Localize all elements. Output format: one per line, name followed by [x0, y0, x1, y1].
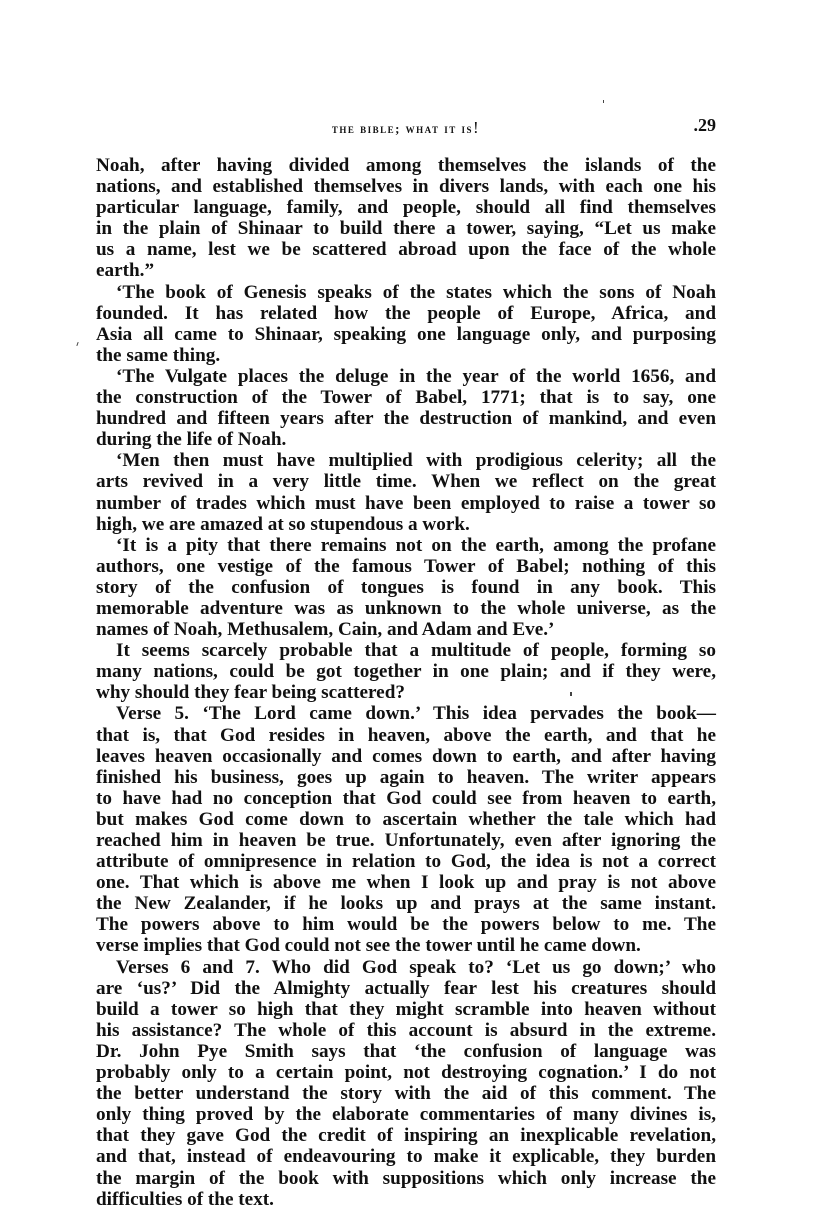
paragraph: Verses 6 and 7. Who did God speak to? ‘L… — [96, 957, 716, 1210]
scan-speck — [570, 692, 572, 696]
text-line: names of Noah, Methusalem, Cain, and Ada… — [96, 619, 716, 640]
scan-speck — [76, 342, 78, 346]
text-line: the New Zealander, if he looks up and pr… — [96, 893, 716, 914]
text-line: memorable adventure was as unknown to th… — [96, 598, 716, 619]
text-line: the construction of the Tower of Babel, … — [96, 387, 716, 408]
text-line: finished his business, goes up again to … — [96, 767, 716, 788]
text-line: that they gave God the credit of inspiri… — [96, 1125, 716, 1146]
text-line: story of the confusion of tongues is fou… — [96, 577, 716, 598]
running-title-punct: ! — [473, 118, 480, 137]
text-line: Verse 5. ‘The Lord came down.’ This idea… — [96, 703, 716, 724]
text-line: why should they fear being scattered? — [96, 682, 716, 703]
text-line: are ‘us?’ Did the Almighty actually fear… — [96, 978, 716, 999]
text-line: difficulties of the text. — [96, 1189, 716, 1210]
paragraph: ‘The book of Genesis speaks of the state… — [96, 282, 716, 366]
paragraph: ‘The Vulgate places the deluge in the ye… — [96, 366, 716, 450]
text-line: the margin of the book with suppositions… — [96, 1168, 716, 1189]
text-line: number of trades which must have been em… — [96, 493, 716, 514]
paragraph: Verse 5. ‘The Lord came down.’ This idea… — [96, 703, 716, 956]
text-line: ‘Men then must have multiplied with prod… — [96, 450, 716, 471]
text-line: It seems scarcely probable that a multit… — [96, 640, 716, 661]
scan-speck — [603, 100, 604, 103]
text-line: many nations, could be got together in o… — [96, 661, 716, 682]
text-line: The powers above to him would be the pow… — [96, 914, 716, 935]
running-header: THE BIBLE; WHAT IT IS! .29 — [96, 118, 716, 138]
text-line: high, we are amazed at so stupendous a w… — [96, 514, 716, 535]
text-line: verse implies that God could not see the… — [96, 935, 716, 956]
page-number: .29 — [694, 115, 717, 136]
text-line: reached him in heaven be true. Unfortuna… — [96, 830, 716, 851]
paragraph: It seems scarcely probable that a multit… — [96, 640, 716, 703]
text-line: us a name, lest we be scattered abroad u… — [96, 239, 716, 260]
running-title-text: THE BIBLE; WHAT IT IS — [332, 121, 473, 136]
paragraph: ‘It is a pity that there remains not on … — [96, 535, 716, 640]
body-text: Noah, after having divided among themsel… — [96, 155, 716, 1210]
text-line: Noah, after having divided among themsel… — [96, 155, 716, 176]
text-line: the same thing. — [96, 345, 716, 366]
text-line: and that, instead of endeavouring to mak… — [96, 1146, 716, 1167]
running-title: THE BIBLE; WHAT IT IS! — [96, 118, 716, 138]
text-line: in the plain of Shinaar to build there a… — [96, 218, 716, 239]
text-line: Dr. John Pye Smith says that ‘the confus… — [96, 1041, 716, 1062]
text-line: leaves heaven occasionally and comes dow… — [96, 746, 716, 767]
text-line: ‘The book of Genesis speaks of the state… — [96, 282, 716, 303]
text-line: attribute of omnipresence in relation to… — [96, 851, 716, 872]
text-line: ‘It is a pity that there remains not on … — [96, 535, 716, 556]
text-line: Asia all came to Shinaar, speaking one l… — [96, 324, 716, 345]
text-line: Verses 6 and 7. Who did God speak to? ‘L… — [96, 957, 716, 978]
text-line: particular language, family, and people,… — [96, 197, 716, 218]
paragraph: ‘Men then must have multiplied with prod… — [96, 450, 716, 534]
text-line: the better understand the story with the… — [96, 1083, 716, 1104]
text-line: that is, that God resides in heaven, abo… — [96, 725, 716, 746]
text-line: to have had no conception that God could… — [96, 788, 716, 809]
text-line: but makes God come down to ascertain whe… — [96, 809, 716, 830]
text-line: founded. It has related how the people o… — [96, 303, 716, 324]
text-line: hundred and fifteen years after the dest… — [96, 408, 716, 429]
text-line: build a tower so high that they might sc… — [96, 999, 716, 1020]
text-line: authors, one vestige of the famous Tower… — [96, 556, 716, 577]
book-page: THE BIBLE; WHAT IT IS! .29 Noah, after h… — [96, 0, 716, 1220]
text-line: one. That which is above me when I look … — [96, 872, 716, 893]
text-line: only thing proved by the elaborate comme… — [96, 1104, 716, 1125]
text-line: earth.” — [96, 260, 716, 281]
paragraph: Noah, after having divided among themsel… — [96, 155, 716, 282]
text-line: his assistance? The whole of this accoun… — [96, 1020, 716, 1041]
text-line: arts revived in a very little time. When… — [96, 471, 716, 492]
text-line: probably only to a certain point, not de… — [96, 1062, 716, 1083]
text-line: during the life of Noah. — [96, 429, 716, 450]
text-line: ‘The Vulgate places the deluge in the ye… — [96, 366, 716, 387]
text-line: nations, and established themselves in d… — [96, 176, 716, 197]
